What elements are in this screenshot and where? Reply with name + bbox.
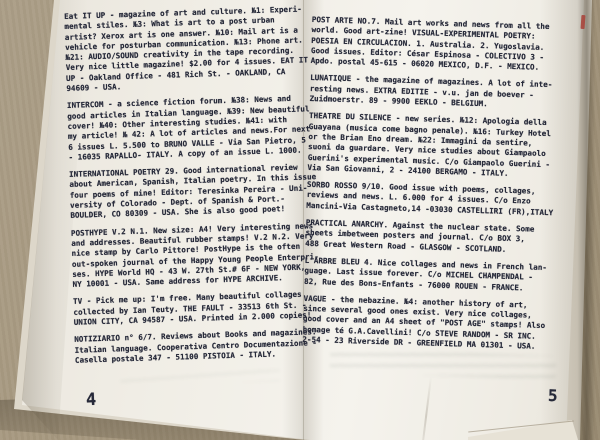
right-page-number: 5	[548, 386, 558, 405]
zine-entry-sorbo-rosso: SORBO ROSSO 9/10. Good issue with poems,…	[306, 180, 565, 219]
right-page: POST ARTE NO.7. Mail art works and news …	[302, 15, 570, 360]
zine-entry-vague: VAGUE - the nebazine. №4: another histor…	[302, 294, 561, 353]
zine-entry-post-arte: POST ARTE NO.7. Mail art works and news …	[310, 15, 569, 74]
zine-entry-eat-it-up: Eat IT UP - magazine of art and culture.…	[64, 4, 320, 94]
zine-entry-theatre-du-silence: THEATRE DU SILENCE - new series. №12: Ap…	[307, 111, 567, 180]
zine-photo: Eat IT UP - magazine of art and culture.…	[0, 0, 600, 440]
left-page-number: 4	[85, 390, 96, 411]
zine-entry-larbre-bleu: L'ARBRE BLEU 4. Nice collages and news i…	[304, 256, 563, 295]
zine-entry-posthype: POSTHYPE V.2 N.1. New size: A4! Very int…	[71, 221, 327, 291]
zine-entry-intercom: INTERCOM - a science fiction forum. №38:…	[67, 93, 323, 163]
zine-entry-practical-anarchy: PRACTICAL ANARCHY. Against the nuclear s…	[305, 218, 564, 257]
zine-entry-tv: TV - Pick me up: I'm free. Many beautifu…	[73, 289, 328, 328]
zine-entry-lunatique: LUNATIQUE - the magazine of magazines. A…	[309, 73, 568, 112]
zine-entry-notiziario: NOTIZIARIO n° 6/7. Reviews about Books a…	[74, 327, 329, 366]
left-page: Eat IT UP - magazine of art and culture.…	[64, 4, 329, 373]
zine-entry-international-poetry: INTERNATIONAL POETRY 29. Good internatio…	[69, 162, 324, 221]
